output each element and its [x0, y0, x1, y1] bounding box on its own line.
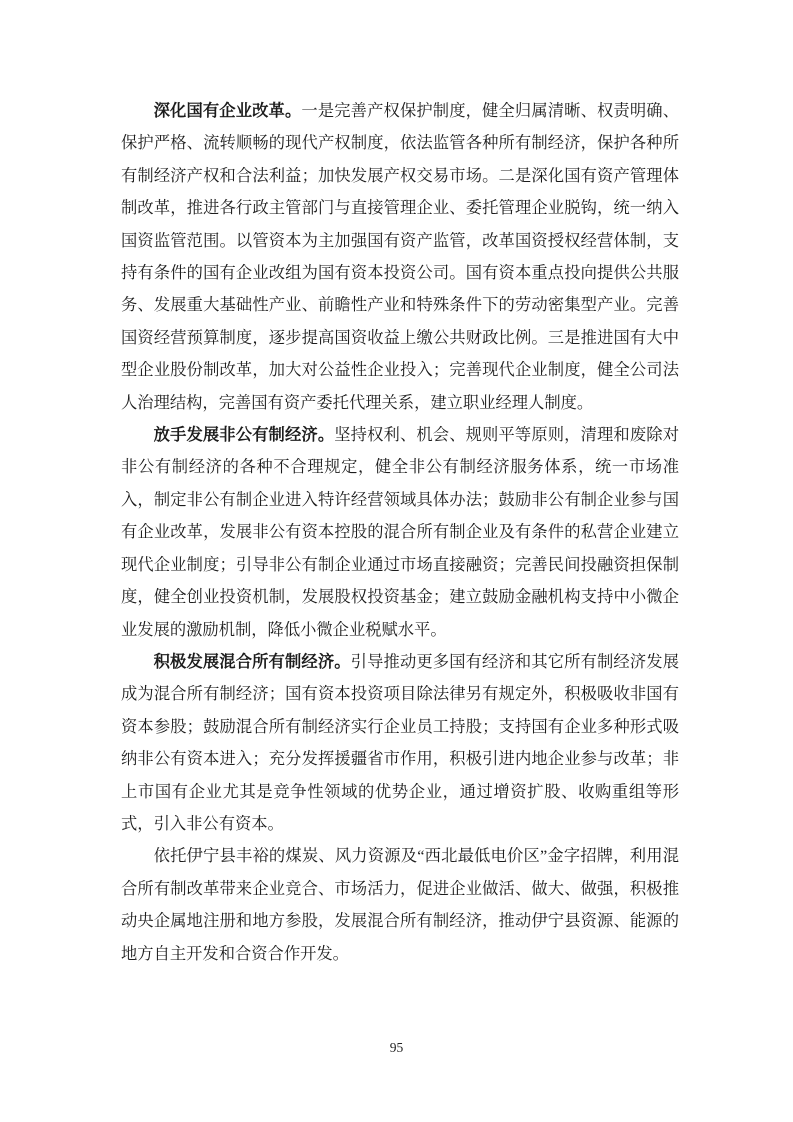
paragraph-lead: 积极发展混合所有制经济。 — [154, 652, 351, 671]
paragraph-lead: 放手发展非公有制经济。 — [154, 425, 335, 444]
paragraph-soe-reform: 深化国有企业改革。一是完善产权保护制度，健全归属清晰、权责明确、保护严格、流转顺… — [121, 95, 679, 419]
paragraph-body: 一是完善产权保护制度，健全归属清晰、权责明确、保护严格、流转顺畅的现代产权制度，… — [121, 101, 679, 412]
page-content: 深化国有企业改革。一是完善产权保护制度，健全归属清晰、权责明确、保护严格、流转顺… — [121, 95, 679, 970]
paragraph-body: 引导推动更多国有经济和其它所有制经济发展成为混合所有制经济；国有资本投资项目除法… — [121, 652, 679, 833]
paragraph-body: 依托伊宁县丰裕的煤炭、风力资源及“西北最低电价区”金字招牌，利用混合所有制改革带… — [121, 846, 679, 962]
document-page: 深化国有企业改革。一是完善产权保护制度，健全归属清晰、权责明确、保护严格、流转顺… — [0, 0, 793, 1122]
paragraph-mixed-ownership: 积极发展混合所有制经济。引导推动更多国有经济和其它所有制经济发展成为混合所有制经… — [121, 646, 679, 840]
page-number: 95 — [0, 1038, 793, 1058]
paragraph-lead: 深化国有企业改革。 — [154, 101, 302, 120]
paragraph-yining-resources: 依托伊宁县丰裕的煤炭、风力资源及“西北最低电价区”金字招牌，利用混合所有制改革带… — [121, 840, 679, 970]
paragraph-non-public-economy: 放手发展非公有制经济。坚持权利、机会、规则平等原则，清理和废除对非公有制经济的各… — [121, 419, 679, 646]
paragraph-body: 坚持权利、机会、规则平等原则，清理和废除对非公有制经济的各种不合理规定，健全非公… — [121, 425, 679, 638]
